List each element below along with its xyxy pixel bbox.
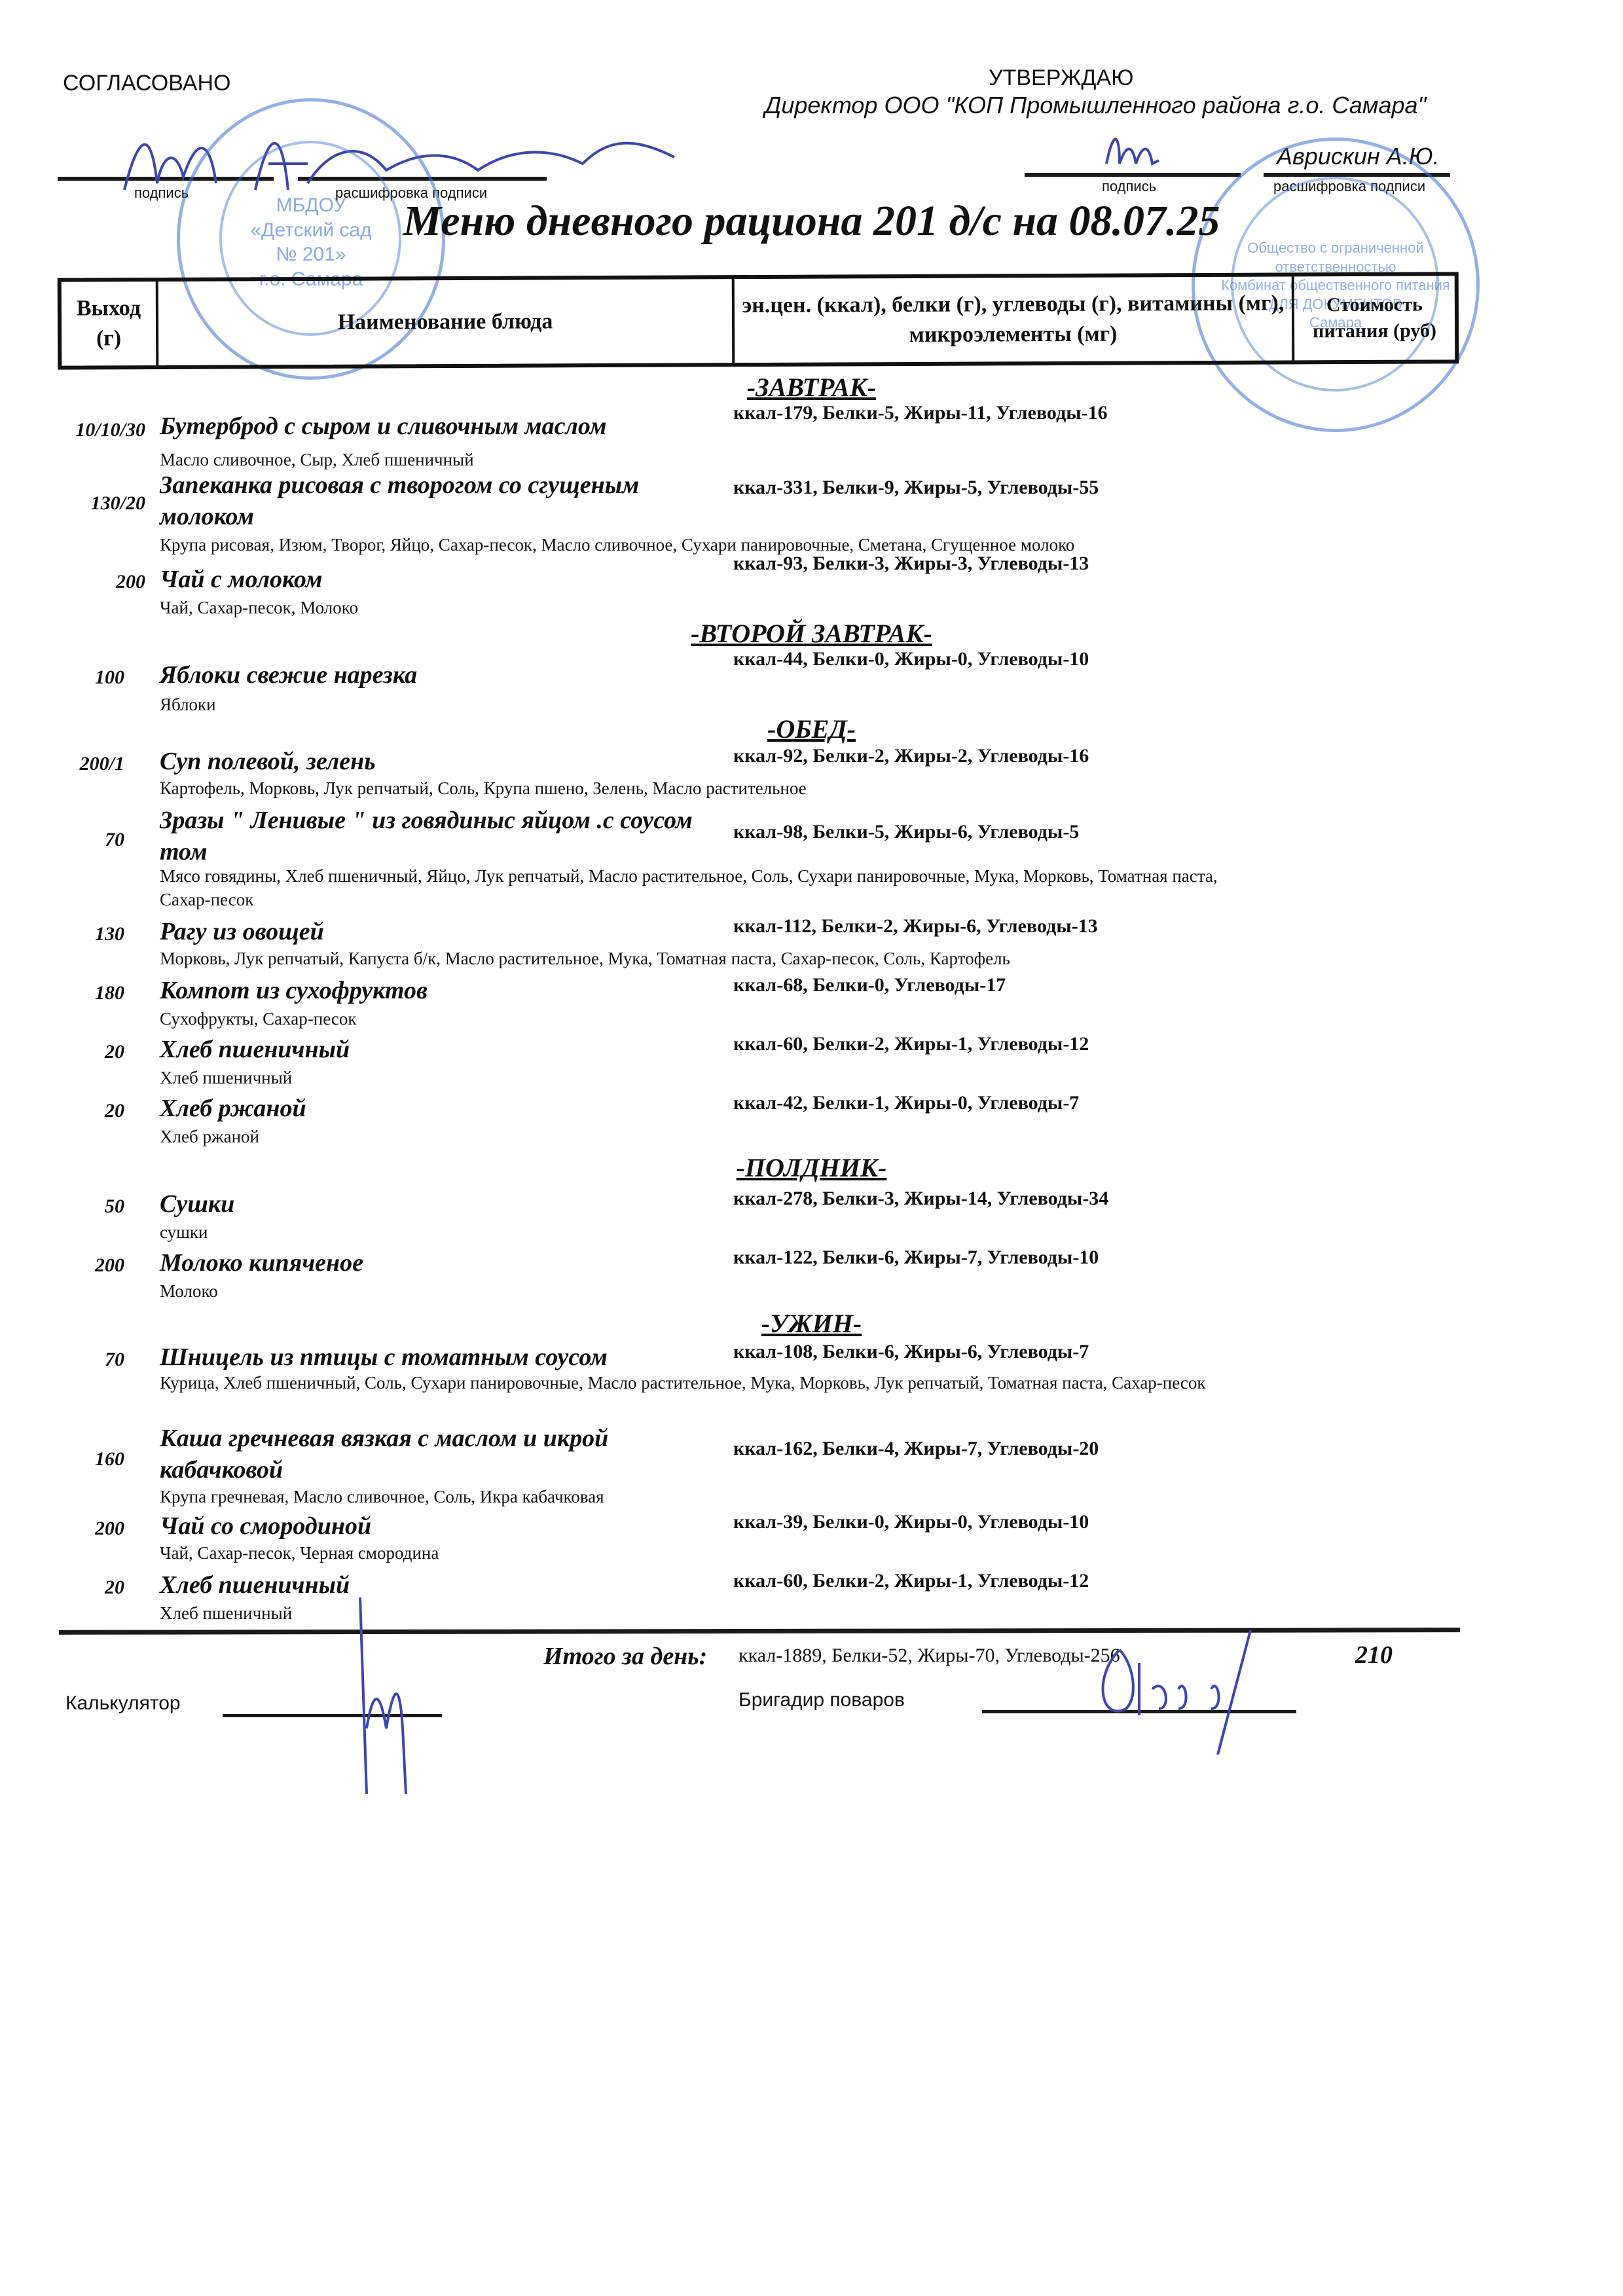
item-nutrition: ккал-39, Белки-0, Жиры-0, Углеводы-10 [733, 1511, 1089, 1533]
item-name: Компот из сухофруктов [160, 975, 697, 1007]
item-ingredients: Мясо говядины, Хлеб пшеничный, Яйцо, Лук… [160, 864, 1233, 912]
item-nutrition: ккал-42, Белки-1, Жиры-0, Углеводы-7 [733, 1092, 1079, 1114]
item-yield: 20 [20, 1100, 124, 1122]
item-name: Чай со смородиной [160, 1511, 697, 1542]
approval-label-right: УТВЕРЖДАЮ [989, 65, 1133, 91]
approval-label-left: СОГЛАСОВАНО [63, 71, 230, 96]
item-yield: 200 [20, 1254, 124, 1277]
item-yield: 130 [20, 923, 124, 945]
item-nutrition: ккал-93, Белки-3, Жиры-3, Углеводы-13 [733, 553, 1089, 575]
column-header-nutrition: эн.цен. (ккал), белки (г), углеводы (г),… [735, 276, 1295, 363]
item-ingredients: Курица, Хлеб пшеничный, Соль, Сухари пан… [160, 1371, 1266, 1394]
item-yield: 180 [20, 982, 124, 1004]
item-nutrition: ккал-92, Белки-2, Жиры-2, Углеводы-16 [733, 745, 1089, 767]
item-yield: 20 [20, 1576, 124, 1599]
column-header-dish: Наименование блюда [158, 279, 735, 365]
item-yield: 10/10/30 [41, 419, 145, 441]
item-yield: 70 [20, 829, 124, 851]
section-title-afternoon-snack: -ПОЛДНИК- [0, 1152, 1623, 1183]
column-header-yield: Выход (г) [62, 282, 159, 366]
item-ingredients: Крупа гречневая, Масло сливочное, Соль, … [160, 1485, 1273, 1508]
item-ingredients: Чай, Сахар-песок, Черная смородина [160, 1541, 1273, 1565]
item-name: Рагу из овощей [160, 917, 697, 948]
item-nutrition: ккал-112, Белки-2, Жиры-6, Углеводы-13 [733, 915, 1098, 938]
item-name: Яблоки свежие нарезка [160, 660, 697, 691]
item-ingredients: Масло сливочное, Сыр, Хлеб пшеничный [160, 448, 1273, 471]
item-nutrition: ккал-68, Белки-0, Углеводы-17 [733, 974, 1006, 996]
item-yield: 20 [20, 1041, 124, 1063]
item-name: Чай с молоком [160, 564, 697, 596]
item-nutrition: ккал-44, Белки-0, Жиры-0, Углеводы-10 [733, 648, 1089, 670]
item-nutrition: ккал-98, Белки-5, Жиры-6, Углеводы-5 [733, 821, 1079, 843]
item-name: Сушки [160, 1189, 697, 1220]
section-title-dinner: -УЖИН- [0, 1308, 1623, 1339]
item-ingredients: Яблоки [160, 693, 1273, 716]
item-yield: 130/20 [41, 492, 145, 515]
calculator-label: Калькулятор [65, 1692, 181, 1715]
item-ingredients: сушки [160, 1220, 1273, 1244]
item-ingredients: Морковь, Лук репчатый, Капуста б/к, Масл… [160, 947, 1273, 970]
item-name: Молоко кипяченое [160, 1248, 697, 1279]
handwritten-signature-chef [1080, 1624, 1277, 1755]
item-name: Запеканка рисовая с творогом со сгущеным… [160, 470, 697, 532]
item-name: Каша гречневая вязкая с маслом и икрой к… [160, 1423, 697, 1485]
item-yield: 50 [20, 1195, 124, 1218]
section-title-second-breakfast: -ВТОРОЙ ЗАВТРАК- [0, 618, 1623, 649]
item-yield: 200/1 [20, 753, 124, 775]
item-yield: 160 [20, 1448, 124, 1470]
handwritten-signature-calculator [340, 1597, 458, 1807]
approver-position: Директор ООО "КОП Промышленного района г… [765, 92, 1426, 119]
item-nutrition: ккал-108, Белки-6, Жиры-6, Углеводы-7 [733, 1341, 1089, 1363]
signature-caption-right: подпись [1102, 178, 1156, 195]
table-header: Выход (г) Наименование блюда эн.цен. (кк… [58, 272, 1459, 369]
item-yield: 70 [20, 1349, 124, 1371]
item-ingredients: Хлеб пшеничный [160, 1066, 1273, 1089]
item-name: Шницель из птицы с томатным соусом [160, 1342, 697, 1374]
item-ingredients: Сухофрукты, Сахар-песок [160, 1007, 1273, 1030]
item-yield: 100 [20, 666, 124, 689]
item-nutrition: ккал-60, Белки-2, Жиры-1, Углеводы-12 [733, 1570, 1089, 1592]
item-ingredients: Крупа рисовая, Изюм, Творог, Яйцо, Сахар… [160, 533, 1273, 556]
item-ingredients: Хлеб пшеничный [160, 1601, 1273, 1625]
item-name: Хлеб пшеничный [160, 1570, 697, 1601]
totals-cost: 210 [1355, 1641, 1393, 1669]
totals-label: Итого за день: [543, 1642, 707, 1671]
item-nutrition: ккал-60, Белки-2, Жиры-1, Углеводы-12 [733, 1033, 1089, 1055]
handwritten-signature-right [1100, 124, 1205, 177]
totals-nutrition: ккал-1889, Белки-52, Жиры-70, Углеводы-2… [739, 1645, 1120, 1667]
item-nutrition: ккал-179, Белки-5, Жиры-11, Углеводы-16 [733, 402, 1108, 424]
item-yield: 200 [20, 1518, 124, 1540]
column-header-cost: Стоимость питания (руб) [1294, 276, 1455, 360]
item-ingredients: Молоко [160, 1279, 1273, 1303]
item-name: Хлеб ржаной [160, 1093, 697, 1125]
item-nutrition: ккал-278, Белки-3, Жиры-14, Углеводы-34 [733, 1188, 1108, 1210]
item-name: Зразы " Ленивые " из говядиныс яйцом .с … [160, 805, 697, 867]
item-ingredients: Картофель, Морковь, Лук репчатый, Соль, … [160, 776, 1273, 800]
item-name: Хлеб пшеничный [160, 1034, 697, 1066]
item-nutrition: ккал-162, Белки-4, Жиры-7, Углеводы-20 [733, 1438, 1099, 1460]
item-yield: 200 [41, 571, 145, 593]
item-name: Бутерброд с сыром и сливочным маслом [160, 411, 697, 443]
item-ingredients: Чай, Сахар-песок, Молоко [160, 596, 1273, 619]
page-title: Меню дневного рациона 201 д/с на 08.07.2… [0, 196, 1623, 246]
item-name: Суп полевой, зелень [160, 746, 697, 778]
section-title-breakfast: -ЗАВТРАК- [0, 372, 1623, 403]
item-nutrition: ккал-331, Белки-9, Жиры-5, Углеводы-55 [733, 477, 1099, 499]
item-nutrition: ккал-122, Белки-6, Жиры-7, Углеводы-10 [733, 1247, 1099, 1269]
section-title-lunch: -ОБЕД- [0, 714, 1623, 744]
item-ingredients: Хлеб ржаной [160, 1125, 1273, 1148]
chef-label: Бригадир поваров [739, 1689, 905, 1711]
